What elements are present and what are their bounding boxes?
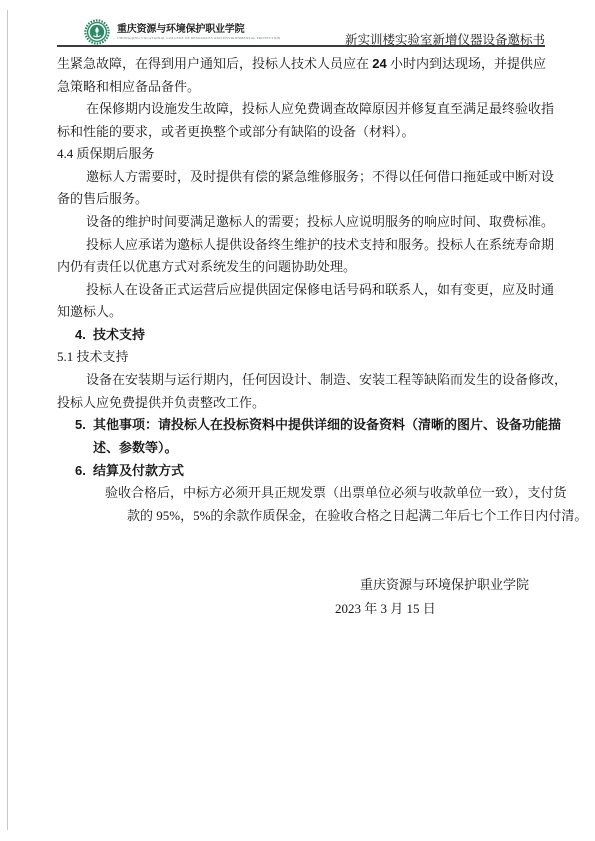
section-heading-4: 4.技术支持 bbox=[75, 326, 145, 343]
subsection-heading-4-4: 4.4 质保期后服务 bbox=[57, 145, 155, 162]
section-heading-5: 5.其他事项：请投标人在投标资料中提供详细的设备资料（清晰的图片、设备功能描 bbox=[75, 416, 561, 433]
section-number: 5. bbox=[75, 416, 93, 433]
text-line: 知邀标人。 bbox=[57, 303, 122, 320]
text-line: 在保修期内设施发生故障，投标人应免费调查故障原因并修复直至满足最终验收指 bbox=[86, 100, 554, 117]
college-name-cn: 重庆资源与环境保护职业学院 bbox=[117, 23, 247, 36]
page-edge-shadow bbox=[7, 10, 8, 830]
text-segment-bold: 24 bbox=[372, 56, 386, 71]
text-line: 设备在安装期与运行期内，任何因设计、制造、安装工程等缺陷而发生的设备修改， bbox=[86, 371, 567, 388]
signature-organization: 重庆资源与环境保护职业学院 bbox=[360, 576, 529, 593]
college-seal-icon bbox=[84, 19, 110, 45]
text-line: 投标人在设备正式运营后应提供固定保修电话号码和联系人，如有变更，应及时通 bbox=[86, 281, 554, 298]
section-heading-6: 6.结算及付款方式 bbox=[75, 462, 184, 479]
text-line: 设备的维护时间要满足邀标人的需要；投标人应说明服务的响应时间、取费标准。 bbox=[86, 213, 554, 230]
section-number: 6. bbox=[75, 462, 93, 479]
text-line: 投标人应承诺为邀标人提供设备终生维护的技术支持和服务。投标人在系统寿命期 bbox=[86, 236, 554, 253]
section-number: 4. bbox=[75, 326, 93, 343]
text-line: 急策略和相应备品备件。 bbox=[57, 78, 200, 95]
text-line: 标和性能的要求，或者更换整个或部分有缺陷的设备（材料）。 bbox=[57, 123, 415, 140]
section-heading-5-cont: 述、参数等）。 bbox=[93, 439, 178, 456]
signature-date: 2023 年 3 月 15 日 bbox=[335, 600, 436, 617]
section-title: 结算及付款方式 bbox=[93, 463, 184, 478]
document-page: 重庆资源与环境保护职业学院 CHONGQING VOCATIONAL COLLE… bbox=[0, 0, 595, 841]
section-title: 其他事项：请投标人在投标资料中提供详细的设备资料（清晰的图片、设备功能描 bbox=[93, 417, 561, 432]
text-segment: 小时内到达现场，并提供应 bbox=[387, 56, 546, 71]
text-line: 生紧急故障，在得到用户通知后，投标人技术人员应在 24 小时内到达现场，并提供应 bbox=[57, 55, 546, 72]
text-line: 备的售后服务。 bbox=[57, 190, 148, 207]
text-line: 投标人应免费提供并负责整改工作。 bbox=[57, 394, 265, 411]
subsection-heading-5-1: 5.1 技术支持 bbox=[57, 348, 129, 365]
college-name-en: CHONGQING VOCATIONAL COLLEGE OF RESOURCE… bbox=[117, 36, 247, 41]
text-line: 款的 95%，5%的余款作质保金，在验收合格之日起满二年后七个工作日内付清。 bbox=[127, 507, 587, 524]
college-logo-text: 重庆资源与环境保护职业学院 CHONGQING VOCATIONAL COLLE… bbox=[117, 23, 247, 41]
section-title: 技术支持 bbox=[93, 327, 145, 342]
text-segment: 生紧急故障，在得到用户通知后，投标人技术人员应在 bbox=[57, 56, 372, 71]
header-divider bbox=[57, 45, 545, 47]
text-line: 邀标人方需要时，及时提供有偿的紧急维修服务；不得以任何借口拖延或中断对设 bbox=[86, 168, 554, 185]
text-line: 内仍有责任以优惠方式对系统发生的问题协助处理。 bbox=[57, 258, 356, 275]
text-line: 验收合格后，中标方必须开具正规发票（出票单位必须与收款单位一致），支付货 bbox=[105, 484, 567, 501]
